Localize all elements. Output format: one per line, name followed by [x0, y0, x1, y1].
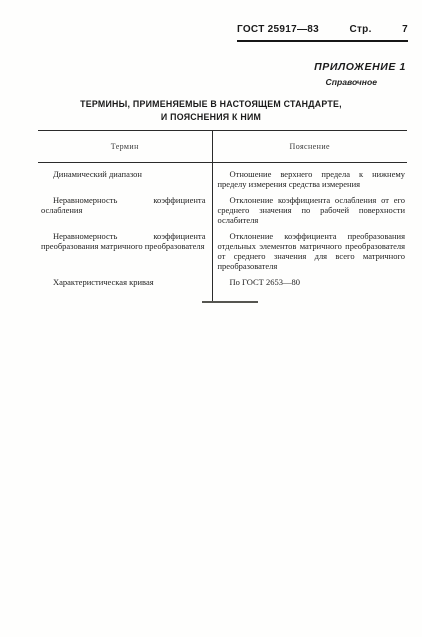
- term-cell: Неравномерность коэффициента преобразова…: [38, 225, 212, 271]
- terms-table: Термин Пояснение Динамический диапазон О…: [38, 130, 407, 303]
- term-text: Неравномерность коэффициента преобразова…: [41, 231, 206, 251]
- column-header-term: Термин: [38, 131, 212, 163]
- page-title-line1: ТЕРМИНЫ, ПРИМЕНЯЕМЫЕ В НАСТОЯЩЕМ СТАНДАР…: [80, 99, 342, 109]
- term-text: Динамический диапазон: [41, 169, 206, 179]
- term-text: Неравномерность коэффициента ослабления: [41, 195, 206, 215]
- appendix-label: ПРИЛОЖЕНИЕ 1: [314, 61, 406, 73]
- term-cell: Динамический диапазон: [38, 163, 212, 190]
- page-header: ГОСТ 25917—83 Стр. 7: [237, 24, 408, 42]
- explanation-cell: По ГОСТ 2653—80: [212, 271, 407, 287]
- explanation-text: По ГОСТ 2653—80: [218, 277, 406, 287]
- appendix-type-label: Справочное: [325, 77, 377, 87]
- explanation-cell: Отклонение коэффициента ослабления от ег…: [212, 189, 407, 225]
- table-row: Характеристическая кривая По ГОСТ 2653—8…: [38, 271, 407, 287]
- page-title-line2: И ПОЯСНЕНИЯ К НИМ: [161, 112, 261, 122]
- term-cell: Характеристическая кривая: [38, 271, 212, 287]
- end-divider: [202, 301, 258, 303]
- term-text: Характеристическая кривая: [41, 277, 206, 287]
- column-header-explanation: Пояснение: [212, 131, 407, 163]
- page-number: 7: [402, 24, 408, 35]
- explanation-text: Отношение верхнего предела к нижнему пре…: [218, 169, 406, 189]
- page-label: Стр.: [349, 24, 371, 35]
- explanation-cell: Отношение верхнего предела к нижнему пре…: [212, 163, 407, 190]
- table-row: Неравномерность коэффициента преобразова…: [38, 225, 407, 271]
- explanation-text: Отклонение коэффициента преобразования о…: [218, 231, 406, 271]
- term-cell: Неравномерность коэффициента ослабления: [38, 189, 212, 225]
- page-title: ТЕРМИНЫ, ПРИМЕНЯЕМЫЕ В НАСТОЯЩЕМ СТАНДАР…: [0, 98, 422, 123]
- explanation-cell: Отклонение коэффициента преобразования о…: [212, 225, 407, 271]
- standard-number: ГОСТ 25917—83: [237, 24, 319, 35]
- table-row: Динамический диапазон Отношение верхнего…: [38, 163, 407, 190]
- table-header-row: Термин Пояснение: [38, 131, 407, 163]
- explanation-text: Отклонение коэффициента ослабления от ег…: [218, 195, 406, 225]
- page-header-line: ГОСТ 25917—83 Стр. 7: [237, 24, 408, 35]
- table-row: Неравномерность коэффициента ослабления …: [38, 189, 407, 225]
- document-page: ГОСТ 25917—83 Стр. 7 ПРИЛОЖЕНИЕ 1 Справо…: [0, 0, 422, 637]
